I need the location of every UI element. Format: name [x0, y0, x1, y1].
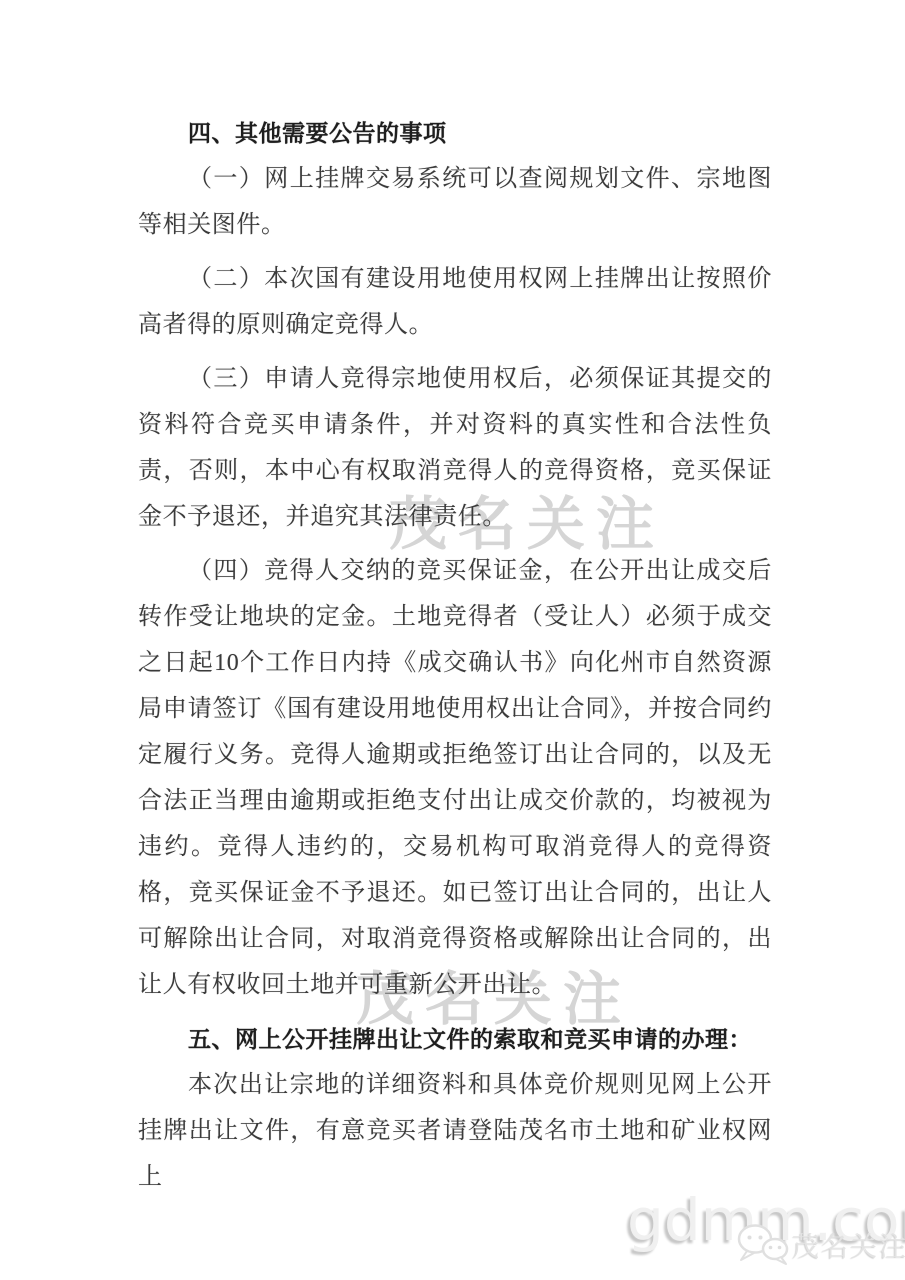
watermark-badge: 茂名关注	[735, 1222, 905, 1266]
paragraph-item-3: （三）申请人竞得宗地使用权后，必须保证其提交的资料符合竞买申请条件，并对资料的真…	[138, 356, 772, 540]
document-body: 四、其他需要公告的事项 （一）网上挂牌交易系统可以查阅规划文件、宗地图等相关图件…	[138, 110, 772, 1200]
section-heading-application-handling: 五、网上公开挂牌出让文件的索取和竞买申请的办理：	[138, 1016, 772, 1062]
paragraph-item-2: （二）本次国有建设用地使用权网上挂牌出让按照价高者得的原则确定竞得人。	[138, 256, 772, 348]
paragraph-item-5: 本次出让宗地的详细资料和具体竞价规则见网上公开挂牌出让文件，有意竞买者请登陆茂名…	[138, 1062, 772, 1200]
section-heading-other-matters: 四、其他需要公告的事项	[138, 110, 772, 156]
wechat-bubbles-icon	[735, 1222, 789, 1266]
paragraph-item-1: （一）网上挂牌交易系统可以查阅规划文件、宗地图等相关图件。	[138, 156, 772, 248]
document-page: 茂名关注 茂名关注 四、其他需要公告的事项 （一）网上挂牌交易系统可以查阅规划文…	[0, 0, 905, 1280]
watermark-badge-label: 茂名关注	[792, 1225, 905, 1264]
paragraph-item-4: （四）竞得人交纳的竞买保证金，在公开出让成交后转作受让地块的定金。土地竞得者（受…	[138, 548, 772, 1008]
